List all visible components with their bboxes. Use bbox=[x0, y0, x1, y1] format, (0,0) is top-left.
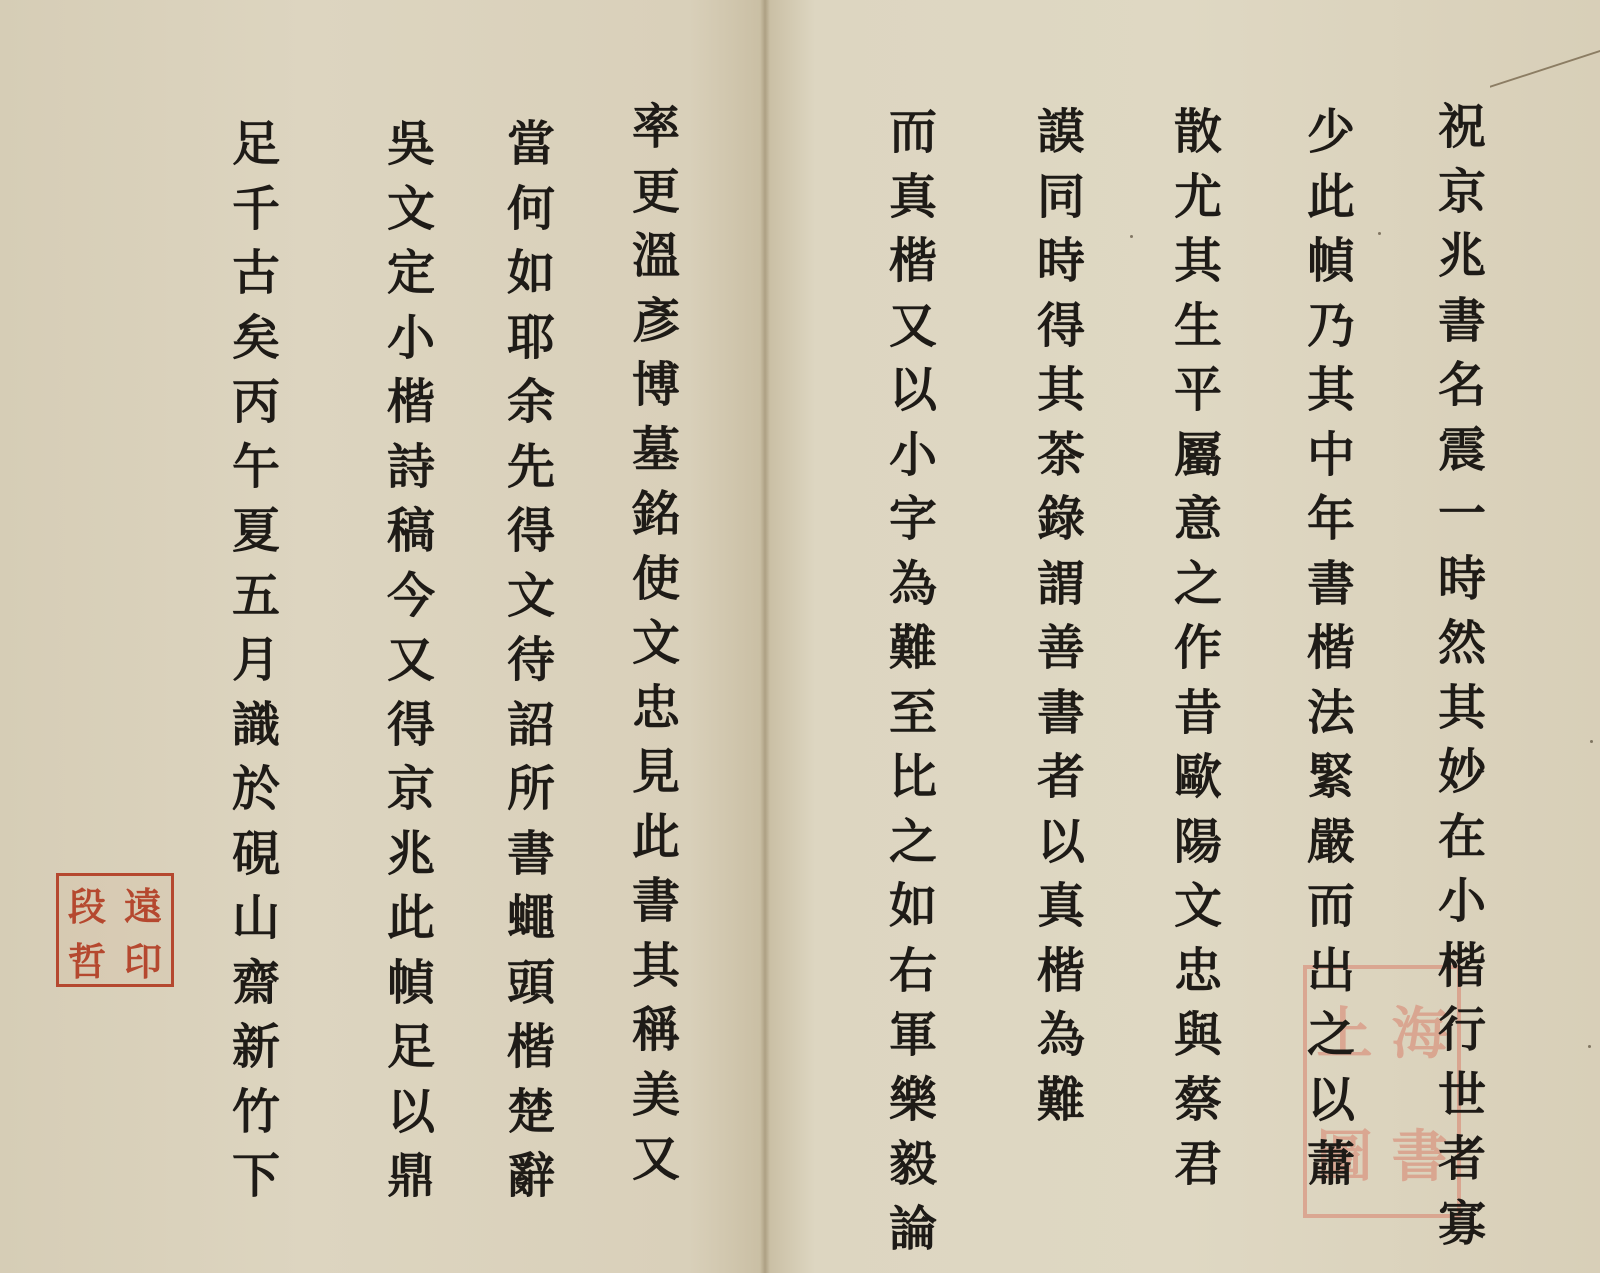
calligraphy-character: 書 bbox=[625, 869, 687, 934]
calligraphy-character: 楷 bbox=[380, 370, 442, 435]
calligraphy-character: 而 bbox=[1300, 874, 1362, 939]
calligraphy-character: 五 bbox=[225, 564, 287, 629]
calligraphy-character: 茶 bbox=[1030, 423, 1092, 488]
calligraphy-character: 夏 bbox=[225, 499, 287, 564]
calligraphy-character: 小 bbox=[882, 423, 944, 488]
calligraphy-character: 楷 bbox=[882, 229, 944, 294]
calligraphy-character: 楚 bbox=[500, 1080, 562, 1145]
calligraphy-character: 少 bbox=[1300, 100, 1362, 165]
calligraphy-column-5: 而真楷又以小字為難至比之如右軍樂毅論 bbox=[882, 100, 944, 1261]
calligraphy-character: 世 bbox=[1431, 1063, 1493, 1128]
calligraphy-character: 月 bbox=[225, 628, 287, 693]
paper-speck bbox=[1130, 235, 1133, 238]
calligraphy-character: 幀 bbox=[1300, 229, 1362, 294]
calligraphy-character: 銘 bbox=[625, 482, 687, 547]
calligraphy-character: 山 bbox=[225, 886, 287, 951]
calligraphy-character: 行 bbox=[1431, 998, 1493, 1063]
calligraphy-character: 生 bbox=[1167, 294, 1229, 359]
calligraphy-character: 謨 bbox=[1030, 100, 1092, 165]
calligraphy-character: 京 bbox=[1431, 160, 1493, 225]
calligraphy-character: 其 bbox=[1300, 358, 1362, 423]
calligraphy-character: 意 bbox=[1167, 487, 1229, 552]
calligraphy-column-4: 謨同時得其茶錄謂善書者以真楷為難 bbox=[1030, 100, 1092, 1132]
calligraphy-character: 耶 bbox=[500, 306, 562, 371]
calligraphy-character: 又 bbox=[380, 628, 442, 693]
calligraphy-character: 書 bbox=[1300, 552, 1362, 617]
calligraphy-character: 在 bbox=[1431, 805, 1493, 870]
calligraphy-character: 之 bbox=[882, 810, 944, 875]
calligraphy-character: 妙 bbox=[1431, 740, 1493, 805]
calligraphy-character: 真 bbox=[882, 165, 944, 230]
calligraphy-character: 得 bbox=[1030, 294, 1092, 359]
calligraphy-column-1: 祝京兆書名震一時然其妙在小楷行世者寡 bbox=[1431, 95, 1493, 1256]
calligraphy-character: 一 bbox=[1431, 482, 1493, 547]
calligraphy-character: 真 bbox=[1030, 874, 1092, 939]
calligraphy-character: 此 bbox=[625, 805, 687, 870]
album-spread: 上 海 圖 書 祝京兆書名震一時然其妙在小楷行世者寡 少此幀乃其中年書楷法緊嚴而… bbox=[0, 0, 1600, 1273]
calligraphy-character: 楷 bbox=[500, 1015, 562, 1080]
calligraphy-character: 作 bbox=[1167, 616, 1229, 681]
paper-speck bbox=[1378, 232, 1381, 235]
calligraphy-character: 字 bbox=[882, 487, 944, 552]
calligraphy-character: 歐 bbox=[1167, 745, 1229, 810]
calligraphy-character: 出 bbox=[1300, 939, 1362, 1004]
calligraphy-character: 忠 bbox=[625, 676, 687, 741]
calligraphy-character: 乃 bbox=[1300, 294, 1362, 359]
calligraphy-character: 而 bbox=[882, 100, 944, 165]
calligraphy-character: 所 bbox=[500, 757, 562, 822]
calligraphy-character: 鼎 bbox=[380, 1144, 442, 1209]
calligraphy-character: 尤 bbox=[1167, 165, 1229, 230]
calligraphy-character: 又 bbox=[625, 1127, 687, 1192]
calligraphy-character: 為 bbox=[882, 552, 944, 617]
calligraphy-character: 軍 bbox=[882, 1003, 944, 1068]
calligraphy-character: 古 bbox=[225, 241, 287, 306]
calligraphy-character: 然 bbox=[1431, 611, 1493, 676]
paper-speck bbox=[1590, 740, 1593, 743]
calligraphy-character: 午 bbox=[225, 435, 287, 500]
calligraphy-character: 蠅 bbox=[500, 886, 562, 951]
calligraphy-character: 年 bbox=[1300, 487, 1362, 552]
calligraphy-character: 錄 bbox=[1030, 487, 1092, 552]
calligraphy-character: 至 bbox=[882, 681, 944, 746]
calligraphy-character: 此 bbox=[380, 886, 442, 951]
calligraphy-character: 硯 bbox=[225, 822, 287, 887]
calligraphy-character: 謂 bbox=[1030, 552, 1092, 617]
calligraphy-character: 嚴 bbox=[1300, 810, 1362, 875]
calligraphy-character: 足 bbox=[380, 1015, 442, 1080]
calligraphy-character: 震 bbox=[1431, 418, 1493, 483]
calligraphy-character: 墓 bbox=[625, 418, 687, 483]
calligraphy-column-8: 吳文定小楷詩稿今又得京兆此幀足以鼎 bbox=[380, 112, 442, 1209]
calligraphy-character: 緊 bbox=[1300, 745, 1362, 810]
calligraphy-character: 法 bbox=[1300, 681, 1362, 746]
calligraphy-character: 溫 bbox=[625, 224, 687, 289]
calligraphy-character: 楷 bbox=[1300, 616, 1362, 681]
calligraphy-character: 兆 bbox=[380, 822, 442, 887]
calligraphy-character: 竹 bbox=[225, 1080, 287, 1145]
calligraphy-character: 書 bbox=[1030, 681, 1092, 746]
calligraphy-character: 當 bbox=[500, 112, 562, 177]
calligraphy-character: 美 bbox=[625, 1063, 687, 1128]
calligraphy-character: 稿 bbox=[380, 499, 442, 564]
calligraphy-character: 待 bbox=[500, 628, 562, 693]
calligraphy-character: 此 bbox=[1300, 165, 1362, 230]
calligraphy-character: 幀 bbox=[380, 951, 442, 1016]
calligraphy-character: 名 bbox=[1431, 353, 1493, 418]
calligraphy-column-6: 率更溫彥博墓銘使文忠見此書其稱美又 bbox=[625, 95, 687, 1192]
calligraphy-character: 小 bbox=[1431, 869, 1493, 934]
calligraphy-character: 更 bbox=[625, 160, 687, 225]
calligraphy-character: 率 bbox=[625, 95, 687, 160]
calligraphy-character: 博 bbox=[625, 353, 687, 418]
calligraphy-column-7: 當何如耶余先得文待詔所書蠅頭楷楚辭 bbox=[500, 112, 562, 1209]
calligraphy-character: 京 bbox=[380, 757, 442, 822]
calligraphy-character: 下 bbox=[225, 1144, 287, 1209]
calligraphy-character: 之 bbox=[1167, 552, 1229, 617]
calligraphy-character: 善 bbox=[1030, 616, 1092, 681]
calligraphy-character: 樂 bbox=[882, 1068, 944, 1133]
calligraphy-character: 又 bbox=[882, 294, 944, 359]
calligraphy-character: 君 bbox=[1167, 1132, 1229, 1197]
calligraphy-character: 書 bbox=[1431, 289, 1493, 354]
calligraphy-character: 見 bbox=[625, 740, 687, 805]
calligraphy-character: 齋 bbox=[225, 951, 287, 1016]
calligraphy-character: 以 bbox=[882, 358, 944, 423]
calligraphy-character: 彥 bbox=[625, 289, 687, 354]
calligraphy-character: 寡 bbox=[1431, 1192, 1493, 1257]
calligraphy-character: 同 bbox=[1030, 165, 1092, 230]
calligraphy-character: 文 bbox=[625, 611, 687, 676]
calligraphy-character: 千 bbox=[225, 177, 287, 242]
center-fold bbox=[760, 0, 770, 1273]
calligraphy-character: 今 bbox=[380, 564, 442, 629]
calligraphy-character: 以 bbox=[1030, 810, 1092, 875]
calligraphy-character: 難 bbox=[882, 616, 944, 681]
calligraphy-character: 如 bbox=[500, 241, 562, 306]
calligraphy-character: 矣 bbox=[225, 306, 287, 371]
calligraphy-character: 得 bbox=[500, 499, 562, 564]
calligraphy-character: 其 bbox=[625, 934, 687, 999]
calligraphy-character: 於 bbox=[225, 757, 287, 822]
paper-speck bbox=[1588, 1045, 1591, 1048]
seal-char: 印 bbox=[124, 931, 162, 986]
calligraphy-character: 文 bbox=[380, 177, 442, 242]
calligraphy-character: 其 bbox=[1167, 229, 1229, 294]
calligraphy-column-9: 足千古矣丙午夏五月識於硯山齋新竹下 bbox=[225, 112, 287, 1209]
calligraphy-character: 兆 bbox=[1431, 224, 1493, 289]
calligraphy-character: 陽 bbox=[1167, 810, 1229, 875]
calligraphy-character: 定 bbox=[380, 241, 442, 306]
calligraphy-character: 詔 bbox=[500, 693, 562, 758]
calligraphy-character: 頭 bbox=[500, 951, 562, 1016]
calligraphy-character: 丙 bbox=[225, 370, 287, 435]
calligraphy-character: 足 bbox=[225, 112, 287, 177]
calligraphy-character: 書 bbox=[500, 822, 562, 887]
calligraphy-character: 使 bbox=[625, 547, 687, 612]
calligraphy-character: 忠 bbox=[1167, 939, 1229, 1004]
calligraphy-character: 平 bbox=[1167, 358, 1229, 423]
calligraphy-character: 之 bbox=[1300, 1003, 1362, 1068]
calligraphy-character: 中 bbox=[1300, 423, 1362, 488]
calligraphy-character: 楷 bbox=[1431, 934, 1493, 999]
calligraphy-column-3: 散尤其生平屬意之作昔歐陽文忠與蔡君 bbox=[1167, 100, 1229, 1197]
calligraphy-character: 論 bbox=[882, 1197, 944, 1262]
calligraphy-character: 文 bbox=[500, 564, 562, 629]
calligraphy-character: 稱 bbox=[625, 998, 687, 1063]
calligraphy-character: 蕭 bbox=[1300, 1132, 1362, 1197]
calligraphy-character: 其 bbox=[1431, 676, 1493, 741]
calligraphy-character: 右 bbox=[882, 939, 944, 1004]
calligraphy-character: 何 bbox=[500, 177, 562, 242]
calligraphy-character: 識 bbox=[225, 693, 287, 758]
calligraphy-character: 時 bbox=[1431, 547, 1493, 612]
calligraphy-character: 辭 bbox=[500, 1144, 562, 1209]
calligraphy-character: 楷 bbox=[1030, 939, 1092, 1004]
calligraphy-character: 先 bbox=[500, 435, 562, 500]
seal-char: 遠 bbox=[124, 876, 162, 931]
calligraphy-character: 得 bbox=[380, 693, 442, 758]
calligraphy-character: 其 bbox=[1030, 358, 1092, 423]
calligraphy-character: 新 bbox=[225, 1015, 287, 1080]
calligraphy-character: 昔 bbox=[1167, 681, 1229, 746]
calligraphy-column-2: 少此幀乃其中年書楷法緊嚴而出之以蕭 bbox=[1300, 100, 1362, 1197]
artist-seal: 段 遠 哲 印 bbox=[56, 873, 174, 987]
calligraphy-character: 時 bbox=[1030, 229, 1092, 294]
calligraphy-character: 余 bbox=[500, 370, 562, 435]
calligraphy-character: 詩 bbox=[380, 435, 442, 500]
calligraphy-character: 文 bbox=[1167, 874, 1229, 939]
seal-char: 哲 bbox=[68, 931, 106, 986]
calligraphy-character: 以 bbox=[380, 1080, 442, 1145]
calligraphy-character: 屬 bbox=[1167, 423, 1229, 488]
calligraphy-character: 散 bbox=[1167, 100, 1229, 165]
calligraphy-character: 蔡 bbox=[1167, 1068, 1229, 1133]
calligraphy-character: 與 bbox=[1167, 1003, 1229, 1068]
calligraphy-character: 祝 bbox=[1431, 95, 1493, 160]
calligraphy-character: 難 bbox=[1030, 1068, 1092, 1133]
calligraphy-character: 如 bbox=[882, 874, 944, 939]
calligraphy-character: 為 bbox=[1030, 1003, 1092, 1068]
calligraphy-character: 比 bbox=[882, 745, 944, 810]
calligraphy-character: 以 bbox=[1300, 1068, 1362, 1133]
calligraphy-character: 者 bbox=[1030, 745, 1092, 810]
seal-char: 段 bbox=[68, 876, 106, 931]
calligraphy-character: 小 bbox=[380, 306, 442, 371]
calligraphy-character: 吳 bbox=[380, 112, 442, 177]
calligraphy-character: 毅 bbox=[882, 1132, 944, 1197]
calligraphy-character: 者 bbox=[1431, 1127, 1493, 1192]
